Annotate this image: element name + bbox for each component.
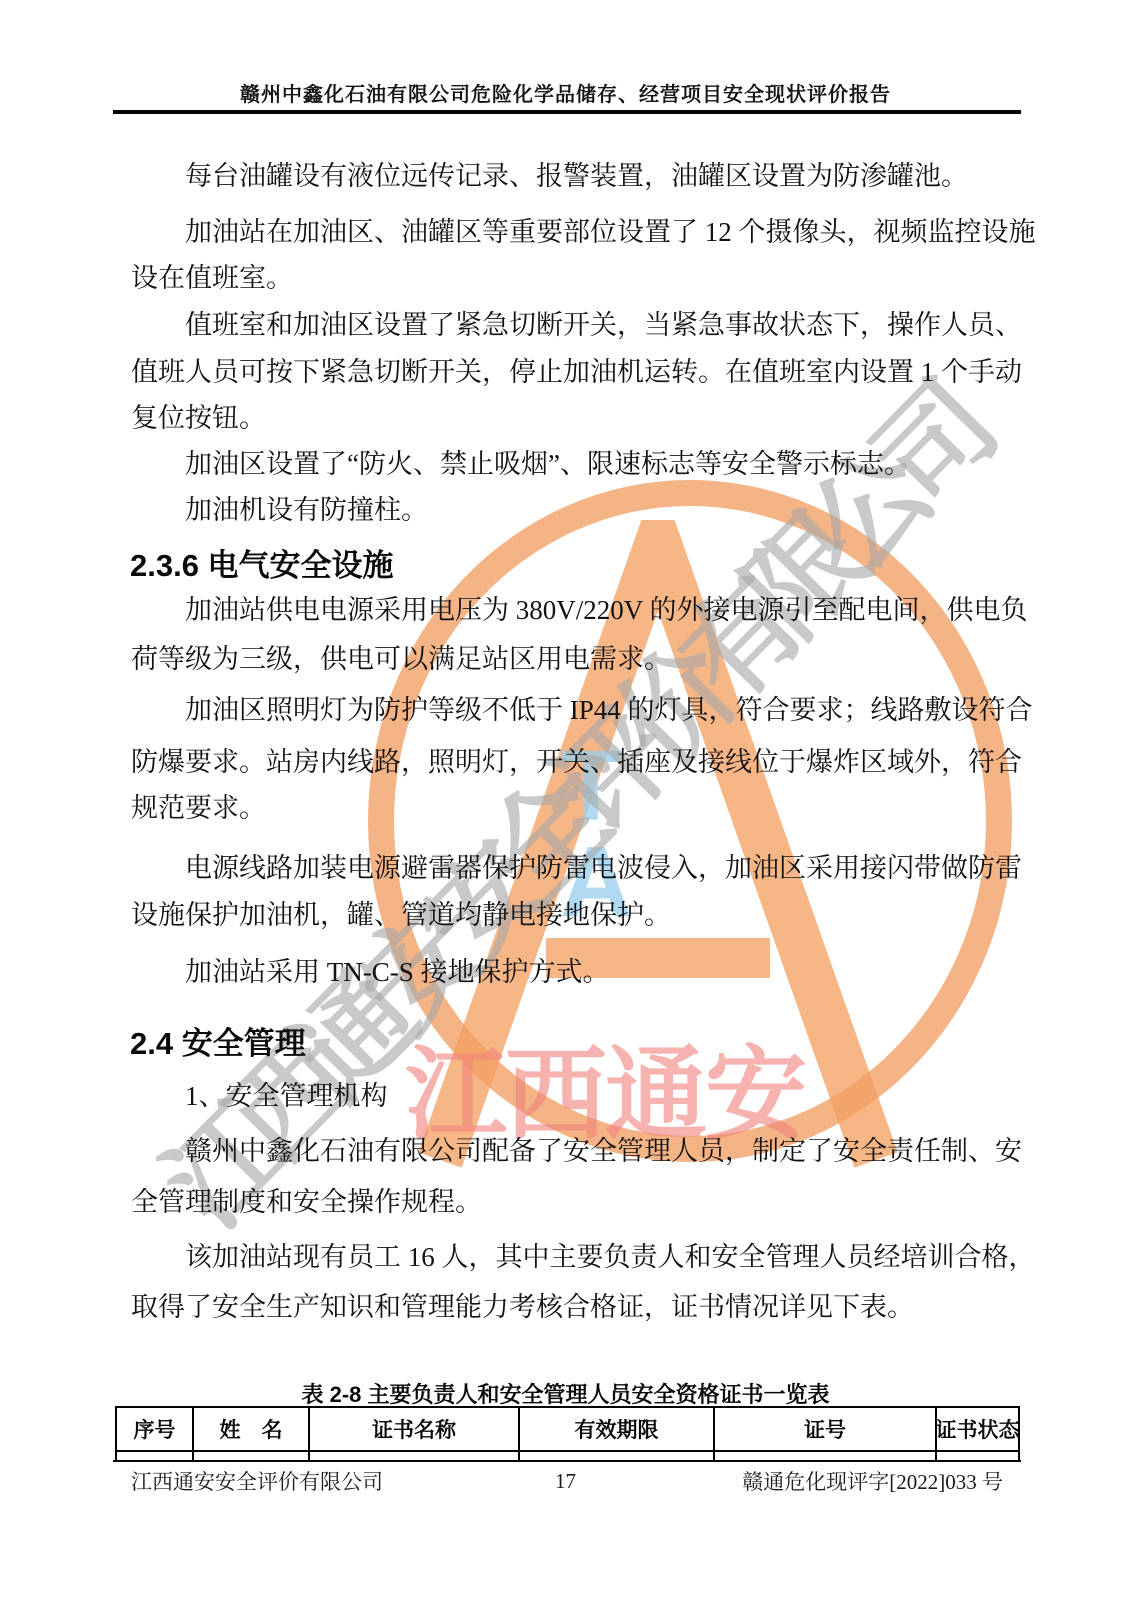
table-col-cert-no: 证号	[713, 1408, 935, 1450]
body-line: 值班人员可按下紧急切断开关，停止加油机运转。在值班室内设置 1 个手动	[131, 356, 1031, 390]
table-col-seq: 序号	[115, 1408, 192, 1450]
body-line: 加油机设有防撞柱。	[131, 494, 1085, 528]
body-line: 电源线路加装电源避雷器保护防雷电波侵入，加油区采用接闪带做防雷	[131, 852, 1085, 886]
section-heading-2-4: 2.4 安全管理	[130, 1018, 306, 1063]
body-line: 该加油站现有员工 16 人，其中主要负责人和安全管理人员经培训合格，	[131, 1241, 1085, 1275]
body-line: 赣州中鑫化石油有限公司配备了安全管理人员，制定了安全责任制、安	[131, 1135, 1085, 1169]
body-line: 加油站采用 TN-C-S 接地保护方式。	[131, 956, 1085, 990]
document-header-title: 赣州中鑫化石油有限公司危险化学品储存、经营项目安全现状评价报告	[0, 78, 1131, 107]
table-col-name: 姓 名	[192, 1408, 308, 1450]
body-line: 设在值班室。	[131, 262, 1031, 296]
body-line: 荷等级为三级，供电可以满足站区用电需求。	[131, 643, 1031, 677]
report-page: TA 江西通安 江西通安安全评价有限公司 赣州中鑫化石油有限公司危险化学品储存、…	[0, 0, 1131, 1600]
table-col-validity: 有效期限	[518, 1408, 713, 1450]
body-line: 加油区照明灯为防护等级不低于 IP44 的灯具，符合要求；线路敷设符合	[131, 694, 1085, 728]
body-line: 加油站在加油区、油罐区等重要部位设置了 12 个摄像头，视频监控设施	[131, 216, 1085, 250]
table-col-status: 证书状态	[935, 1408, 1020, 1450]
body-line: 值班室和加油区设置了紧急切断开关，当紧急事故状态下，操作人员、	[131, 309, 1085, 343]
body-line: 全管理制度和安全操作规程。	[131, 1186, 1031, 1220]
body-line: 加油区设置了“防火、禁止吸烟”、限速标志等安全警示标志。	[131, 448, 1085, 482]
body-line: 复位按钮。	[131, 402, 1031, 436]
footer-divider	[113, 1460, 1021, 1462]
footer-doc-number: 赣通危化现评字[2022]033 号	[742, 1466, 1003, 1496]
table-2-8-header-row: 序号 姓 名 证书名称 有效期限 证号 证书状态	[115, 1406, 1020, 1452]
body-line: 设施保护加油机，罐、管道均静电接地保护。	[131, 899, 1031, 933]
body-line: 规范要求。	[131, 792, 1031, 826]
body-line: 取得了安全生产知识和管理能力考核合格证，证书情况详见下表。	[131, 1291, 1031, 1325]
body-line: 加油站供电电源采用电压为 380V/220V 的外接电源引至配电间，供电负	[131, 594, 1085, 628]
section-heading-2-3-6: 2.3.6 电气安全设施	[130, 540, 394, 585]
table-col-cert-name: 证书名称	[308, 1408, 518, 1450]
body-line: 1、安全管理机构	[131, 1080, 1085, 1114]
header-divider	[113, 110, 1021, 114]
body-line: 每台油罐设有液位远传记录、报警装置，油罐区设置为防渗罐池。	[131, 160, 1085, 194]
body-line: 防爆要求。站房内线路，照明灯，开关、插座及接线位于爆炸区域外，符合	[131, 746, 1031, 780]
table-2-8-title: 表 2-8 主要负责人和安全管理人员安全资格证书一览表	[0, 1378, 1131, 1409]
